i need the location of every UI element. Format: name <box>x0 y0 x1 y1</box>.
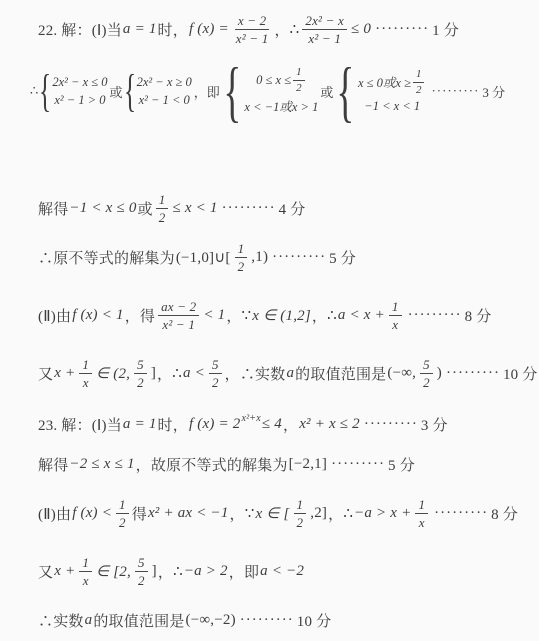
numerator: 1 <box>413 69 425 83</box>
system-row: x² − 1 > 0 <box>54 93 105 108</box>
denominator: 2 <box>294 514 307 529</box>
math: x ≤ 0或x ≥ <box>358 73 411 91</box>
text: 时， <box>158 414 188 435</box>
score-label: 8 分 <box>491 503 518 524</box>
score-label: 10 分 <box>503 363 538 384</box>
numerator: 5 <box>135 556 148 572</box>
fraction: 1 x <box>389 300 402 331</box>
math: a < x + <box>337 307 386 324</box>
dots-leader: ········· <box>408 307 462 324</box>
dots-leader: ········· <box>375 21 429 38</box>
line-22-cases: ∴ { 2x² − x ≤ 0 x² − 1 > 0 或 { 2x² − x ≥… <box>30 57 505 125</box>
math: f (x) < 1 <box>71 307 125 324</box>
line-23-solve: 解得 −2 ≤ x ≤ 1 ，故原不等式的解集为 [−2,1] ········… <box>38 454 415 475</box>
math: x² + x ≤ 2 <box>298 416 361 433</box>
text: 得 <box>132 503 147 524</box>
fraction: ax − 2 x² − 1 <box>158 300 199 331</box>
score-label: 1 分 <box>432 19 459 40</box>
denominator: 2 <box>156 209 169 224</box>
score-label: 5 分 <box>388 454 415 475</box>
denominator: 2 <box>413 83 425 96</box>
therefore-symbol: ∴ <box>290 20 300 39</box>
math: < 1 <box>202 307 226 324</box>
numerator: 1 <box>79 358 92 374</box>
line-22-solution-set: ∴原不等式的解集为 (−1,0]∪[ 1 2 ,1) ········· 5 分 <box>38 242 356 273</box>
denominator: 2 <box>116 514 129 529</box>
left-brace-icon: { <box>337 57 355 125</box>
therefore-symbol: ∴ <box>343 504 353 523</box>
math: x + <box>53 365 76 382</box>
math: ≤ 0 <box>350 21 372 38</box>
line-22-step1: 22. 解：(Ⅰ)当 a = 1 时， f (x) = x − 2 x² − 1… <box>38 14 459 45</box>
because-symbol: ∵ <box>245 504 255 523</box>
therefore-symbol: ∴ <box>173 562 183 581</box>
math: ,1) <box>250 249 269 266</box>
math: −2 ≤ x ≤ 1 <box>68 456 135 473</box>
case-system: { 2x² − x ≥ 0 x² − 1 < 0 <box>125 68 192 114</box>
score-label: 10 分 <box>297 610 332 631</box>
text: ， <box>283 414 298 435</box>
math: a <box>84 612 94 629</box>
system-row: x² − 1 < 0 <box>139 93 190 108</box>
denominator: 2 <box>134 374 147 389</box>
math: ∈ (2, <box>95 364 131 383</box>
math: a = 1 <box>122 416 158 433</box>
text: ， <box>226 305 241 326</box>
denominator: 2 <box>293 81 305 94</box>
denominator: x <box>80 572 92 587</box>
fraction: 1 2 <box>116 498 129 529</box>
numerator: ax − 2 <box>158 300 199 316</box>
math: (−∞,−2) <box>185 612 237 629</box>
score-label: 5 分 <box>329 247 356 268</box>
fraction: 2x² − x x² − 1 <box>302 14 347 45</box>
denominator: x <box>80 374 92 389</box>
fraction: 1 2 <box>293 67 305 94</box>
text: ， <box>328 503 343 524</box>
because-symbol: ∵ <box>242 306 252 325</box>
fraction: 5 2 <box>135 556 148 587</box>
fraction: 1 2 <box>413 69 425 96</box>
numerator: 5 <box>209 358 222 374</box>
line-23-value: 又 x + 1 x ∈ [2, 5 2 ] ， ∴ −a > 2 ，即 a < … <box>38 556 305 587</box>
dots-leader: ········· <box>272 249 326 266</box>
math: ≤ 4 <box>261 416 283 433</box>
text: 的取值范围是 <box>93 610 184 631</box>
dots-leader: ········· <box>240 612 294 629</box>
math: ) <box>436 365 443 382</box>
text: 22. 解：(Ⅰ)当 <box>38 19 122 40</box>
text: ，即 <box>229 561 259 582</box>
math: −1 < x ≤ 0 <box>68 200 137 217</box>
system-row: x < −1或x > 1 <box>244 97 318 115</box>
solution-sheet: 22. 解：(Ⅰ)当 a = 1 时， f (x) = x − 2 x² − 1… <box>0 0 539 641</box>
math: [−2,1] <box>288 456 328 473</box>
text: ， <box>230 503 245 524</box>
score-label: 4 分 <box>279 198 306 219</box>
left-brace-icon: { <box>124 68 136 114</box>
fraction: 5 2 <box>134 358 147 389</box>
score-label: 3 分 <box>482 82 505 101</box>
text: (Ⅱ)由 <box>38 503 71 524</box>
math: x ∈ (1,2] <box>251 306 312 325</box>
math: f (x) = <box>188 21 230 38</box>
text: ， <box>312 305 327 326</box>
text: ， <box>158 561 173 582</box>
text: 又 <box>38 561 53 582</box>
text: ，故原不等式的解集为 <box>136 454 288 475</box>
superscript: x²+x <box>241 413 260 424</box>
math: ] <box>150 365 157 382</box>
denominator: 2 <box>420 374 433 389</box>
text: ， <box>274 19 289 40</box>
system-row: 0 ≤ x ≤ 1 2 <box>256 67 306 94</box>
numerator: 1 <box>79 556 92 572</box>
text: 23. 解：(Ⅰ)当 <box>38 414 122 435</box>
line-23-step1: 23. 解：(Ⅰ)当 a = 1 时， f (x) = 2 x²+x ≤ 4 ，… <box>38 414 448 435</box>
denominator: x² − 1 <box>159 316 198 331</box>
system-row: −1 < x < 1 <box>364 99 420 114</box>
math: a < <box>182 365 206 382</box>
fraction: 1 2 <box>294 498 307 529</box>
left-brace-icon: { <box>223 57 241 125</box>
text: ∴原不等式的解集为 <box>38 247 175 268</box>
math: x + <box>53 563 76 580</box>
numerator: 1 <box>293 67 305 81</box>
math: f (x) < <box>71 505 113 522</box>
or-text: 或 <box>110 82 123 101</box>
fraction: 1 x <box>79 556 92 587</box>
numerator: 1 <box>415 498 428 514</box>
math: a <box>285 365 295 382</box>
fraction: 1 x <box>79 358 92 389</box>
denominator: 2 <box>135 572 148 587</box>
denominator: x² − 1 <box>305 30 344 45</box>
denominator: 2 <box>209 374 222 389</box>
text: (Ⅱ)由 <box>38 305 71 326</box>
denominator: x² − 1 <box>233 30 272 45</box>
system-row: x ≤ 0或x ≥ 1 2 <box>358 69 426 96</box>
fraction: 5 2 <box>420 358 433 389</box>
case-system: { 2x² − x ≤ 0 x² − 1 > 0 <box>40 68 107 114</box>
math: (−∞, <box>386 365 417 382</box>
denominator: x <box>416 514 428 529</box>
text: ， <box>157 363 172 384</box>
case-system: { 0 ≤ x ≤ 1 2 x < −1或x > 1 <box>222 57 319 125</box>
therefore-symbol: ∴ <box>172 364 182 383</box>
dots-leader: ········· <box>434 505 488 522</box>
system-row: 2x² − x ≥ 0 <box>137 75 192 90</box>
text: ，即 <box>194 82 220 101</box>
numerator: x − 2 <box>235 14 270 30</box>
fraction: 1 2 <box>235 242 248 273</box>
text: 又 <box>38 363 53 384</box>
numerator: 1 <box>235 242 248 258</box>
score-label: 3 分 <box>421 414 448 435</box>
math: a < −2 <box>259 563 305 580</box>
numerator: 1 <box>156 193 169 209</box>
text: ∴实数 <box>240 363 286 384</box>
or-text: 或 <box>138 198 153 219</box>
line-22-range: 又 x + 1 x ∈ (2, 5 2 ] ， ∴ a < 5 2 ， ∴实数 … <box>38 358 538 389</box>
math: (−1,0]∪[ <box>175 248 232 267</box>
fraction: 5 2 <box>209 358 222 389</box>
text: ，得 <box>125 305 155 326</box>
math: ,2] <box>309 505 328 522</box>
case-system: { x ≤ 0或x ≥ 1 2 −1 < x < 1 <box>335 57 426 125</box>
numerator: 2x² − x <box>302 14 347 30</box>
or-text: 或 <box>320 82 333 101</box>
text: ∴实数 <box>38 610 84 631</box>
left-brace-icon: { <box>39 68 51 114</box>
numerator: 1 <box>116 498 129 514</box>
math: ∈ [2, <box>95 562 132 581</box>
text: 解得 <box>38 198 68 219</box>
numerator: 5 <box>134 358 147 374</box>
line-23-range: ∴实数 a 的取值范围是 (−∞,−2) ········· 10 分 <box>38 610 331 631</box>
math: −a > 2 <box>183 563 229 580</box>
therefore-symbol: ∴ <box>30 83 38 99</box>
math: x ∈ [ <box>254 504 290 523</box>
denominator: 2 <box>235 258 248 273</box>
system-row: 2x² − x ≤ 0 <box>52 75 107 90</box>
line-22-solve: 解得 −1 < x ≤ 0 或 1 2 ≤ x < 1 ········· 4 … <box>38 193 305 224</box>
numerator: 5 <box>420 358 433 374</box>
math: x² + ax < −1 <box>147 505 230 522</box>
math: ] <box>151 563 158 580</box>
dots-leader: ········· <box>431 83 479 99</box>
text: 解得 <box>38 454 68 475</box>
line-23-part2: (Ⅱ)由 f (x) < 1 2 得 x² + ax < −1 ， ∵ x ∈ … <box>38 498 518 529</box>
line-22-part2: (Ⅱ)由 f (x) < 1 ，得 ax − 2 x² − 1 < 1 ， ∵ … <box>38 300 491 331</box>
numerator: 1 <box>294 498 307 514</box>
text: 时， <box>158 19 188 40</box>
dots-leader: ········· <box>446 365 500 382</box>
math: f (x) = 2 <box>188 416 242 433</box>
dots-leader: ········· <box>222 200 276 217</box>
dots-leader: ········· <box>331 456 385 473</box>
dots-leader: ········· <box>364 416 418 433</box>
text: ， <box>225 363 240 384</box>
numerator: 1 <box>389 300 402 316</box>
fraction: 1 x <box>415 498 428 529</box>
math: a = 1 <box>122 21 158 38</box>
text: 的取值范围是 <box>295 363 386 384</box>
therefore-symbol: ∴ <box>327 306 337 325</box>
math: 0 ≤ x ≤ <box>256 73 291 88</box>
math: −a > x + <box>353 505 412 522</box>
math: ≤ x < 1 <box>171 200 218 217</box>
fraction: 1 2 <box>156 193 169 224</box>
score-label: 8 分 <box>465 305 492 326</box>
fraction: x − 2 x² − 1 <box>233 14 272 45</box>
denominator: x <box>389 316 401 331</box>
